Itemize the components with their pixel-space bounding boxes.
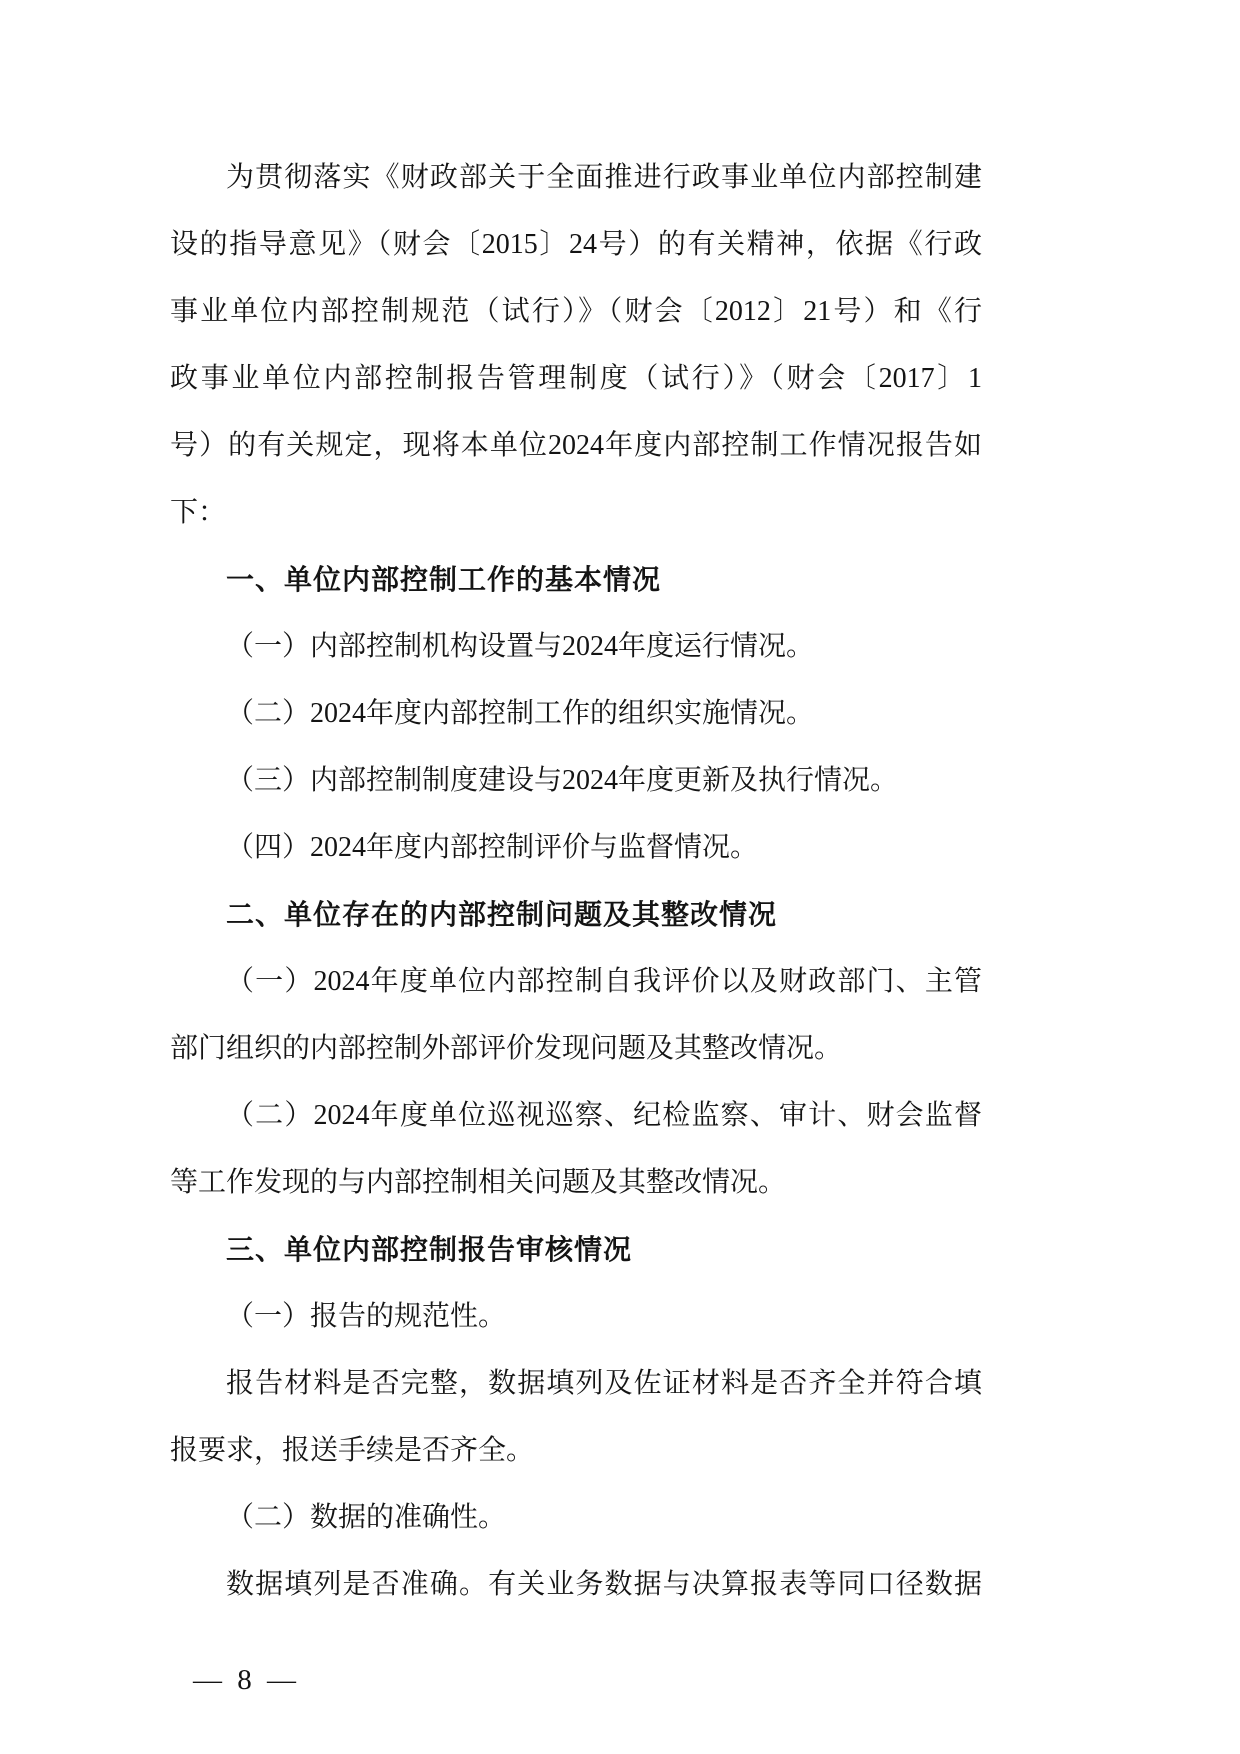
page-number: — 8 —: [193, 1660, 300, 1700]
section-3-item-1-detail-line-2: 报要求，报送手续是否齐全。: [170, 1417, 982, 1484]
intro-line-4: 政事业单位内部控制报告管理制度（试行）》（财会〔2017〕1: [170, 345, 982, 412]
section-3-item-1: （一）报告的规范性。: [170, 1283, 982, 1350]
section-3-item-1-detail-line-1: 报告材料是否完整，数据填列及佐证材料是否齐全并符合填: [170, 1350, 982, 1417]
section-2-item-2-line-2: 等工作发现的与内部控制相关问题及其整改情况。: [170, 1149, 982, 1216]
section-1-item-4: （四）2024年度内部控制评价与监督情况。: [170, 814, 982, 881]
section-2-heading: 二、单位存在的内部控制问题及其整改情况: [170, 881, 982, 948]
section-1-heading: 一、单位内部控制工作的基本情况: [170, 546, 982, 613]
section-2-item-2-line-1: （二）2024年度单位巡视巡察、纪检监察、审计、财会监督: [170, 1082, 982, 1149]
section-2-item-1-line-2: 部门组织的内部控制外部评价发现问题及其整改情况。: [170, 1015, 982, 1082]
section-1-item-1: （一）内部控制机构设置与2024年度运行情况。: [170, 613, 982, 680]
section-3-heading: 三、单位内部控制报告审核情况: [170, 1216, 982, 1283]
document-body: 为贯彻落实《财政部关于全面推进行政事业单位内部控制建 设的指导意见》（财会〔20…: [170, 144, 982, 1618]
intro-line-6: 下：: [170, 479, 982, 546]
section-1-item-3: （三）内部控制制度建设与2024年度更新及执行情况。: [170, 747, 982, 814]
document-page: 为贯彻落实《财政部关于全面推进行政事业单位内部控制建 设的指导意见》（财会〔20…: [0, 0, 1240, 1754]
section-1-item-2: （二）2024年度内部控制工作的组织实施情况。: [170, 680, 982, 747]
section-2-item-1-line-1: （一）2024年度单位内部控制自我评价以及财政部门、主管: [170, 948, 982, 1015]
section-3-item-2: （二）数据的准确性。: [170, 1484, 982, 1551]
section-3-item-2-detail-line-1: 数据填列是否准确。有关业务数据与决算报表等同口径数据: [170, 1551, 982, 1618]
intro-line-3: 事业单位内部控制规范（试行）》（财会〔2012〕21号）和《行: [170, 278, 982, 345]
intro-line-5: 号）的有关规定，现将本单位2024年度内部控制工作情况报告如: [170, 412, 982, 479]
intro-line-1: 为贯彻落实《财政部关于全面推进行政事业单位内部控制建: [170, 144, 982, 211]
intro-line-2: 设的指导意见》（财会〔2015〕24号）的有关精神，依据《行政: [170, 211, 982, 278]
